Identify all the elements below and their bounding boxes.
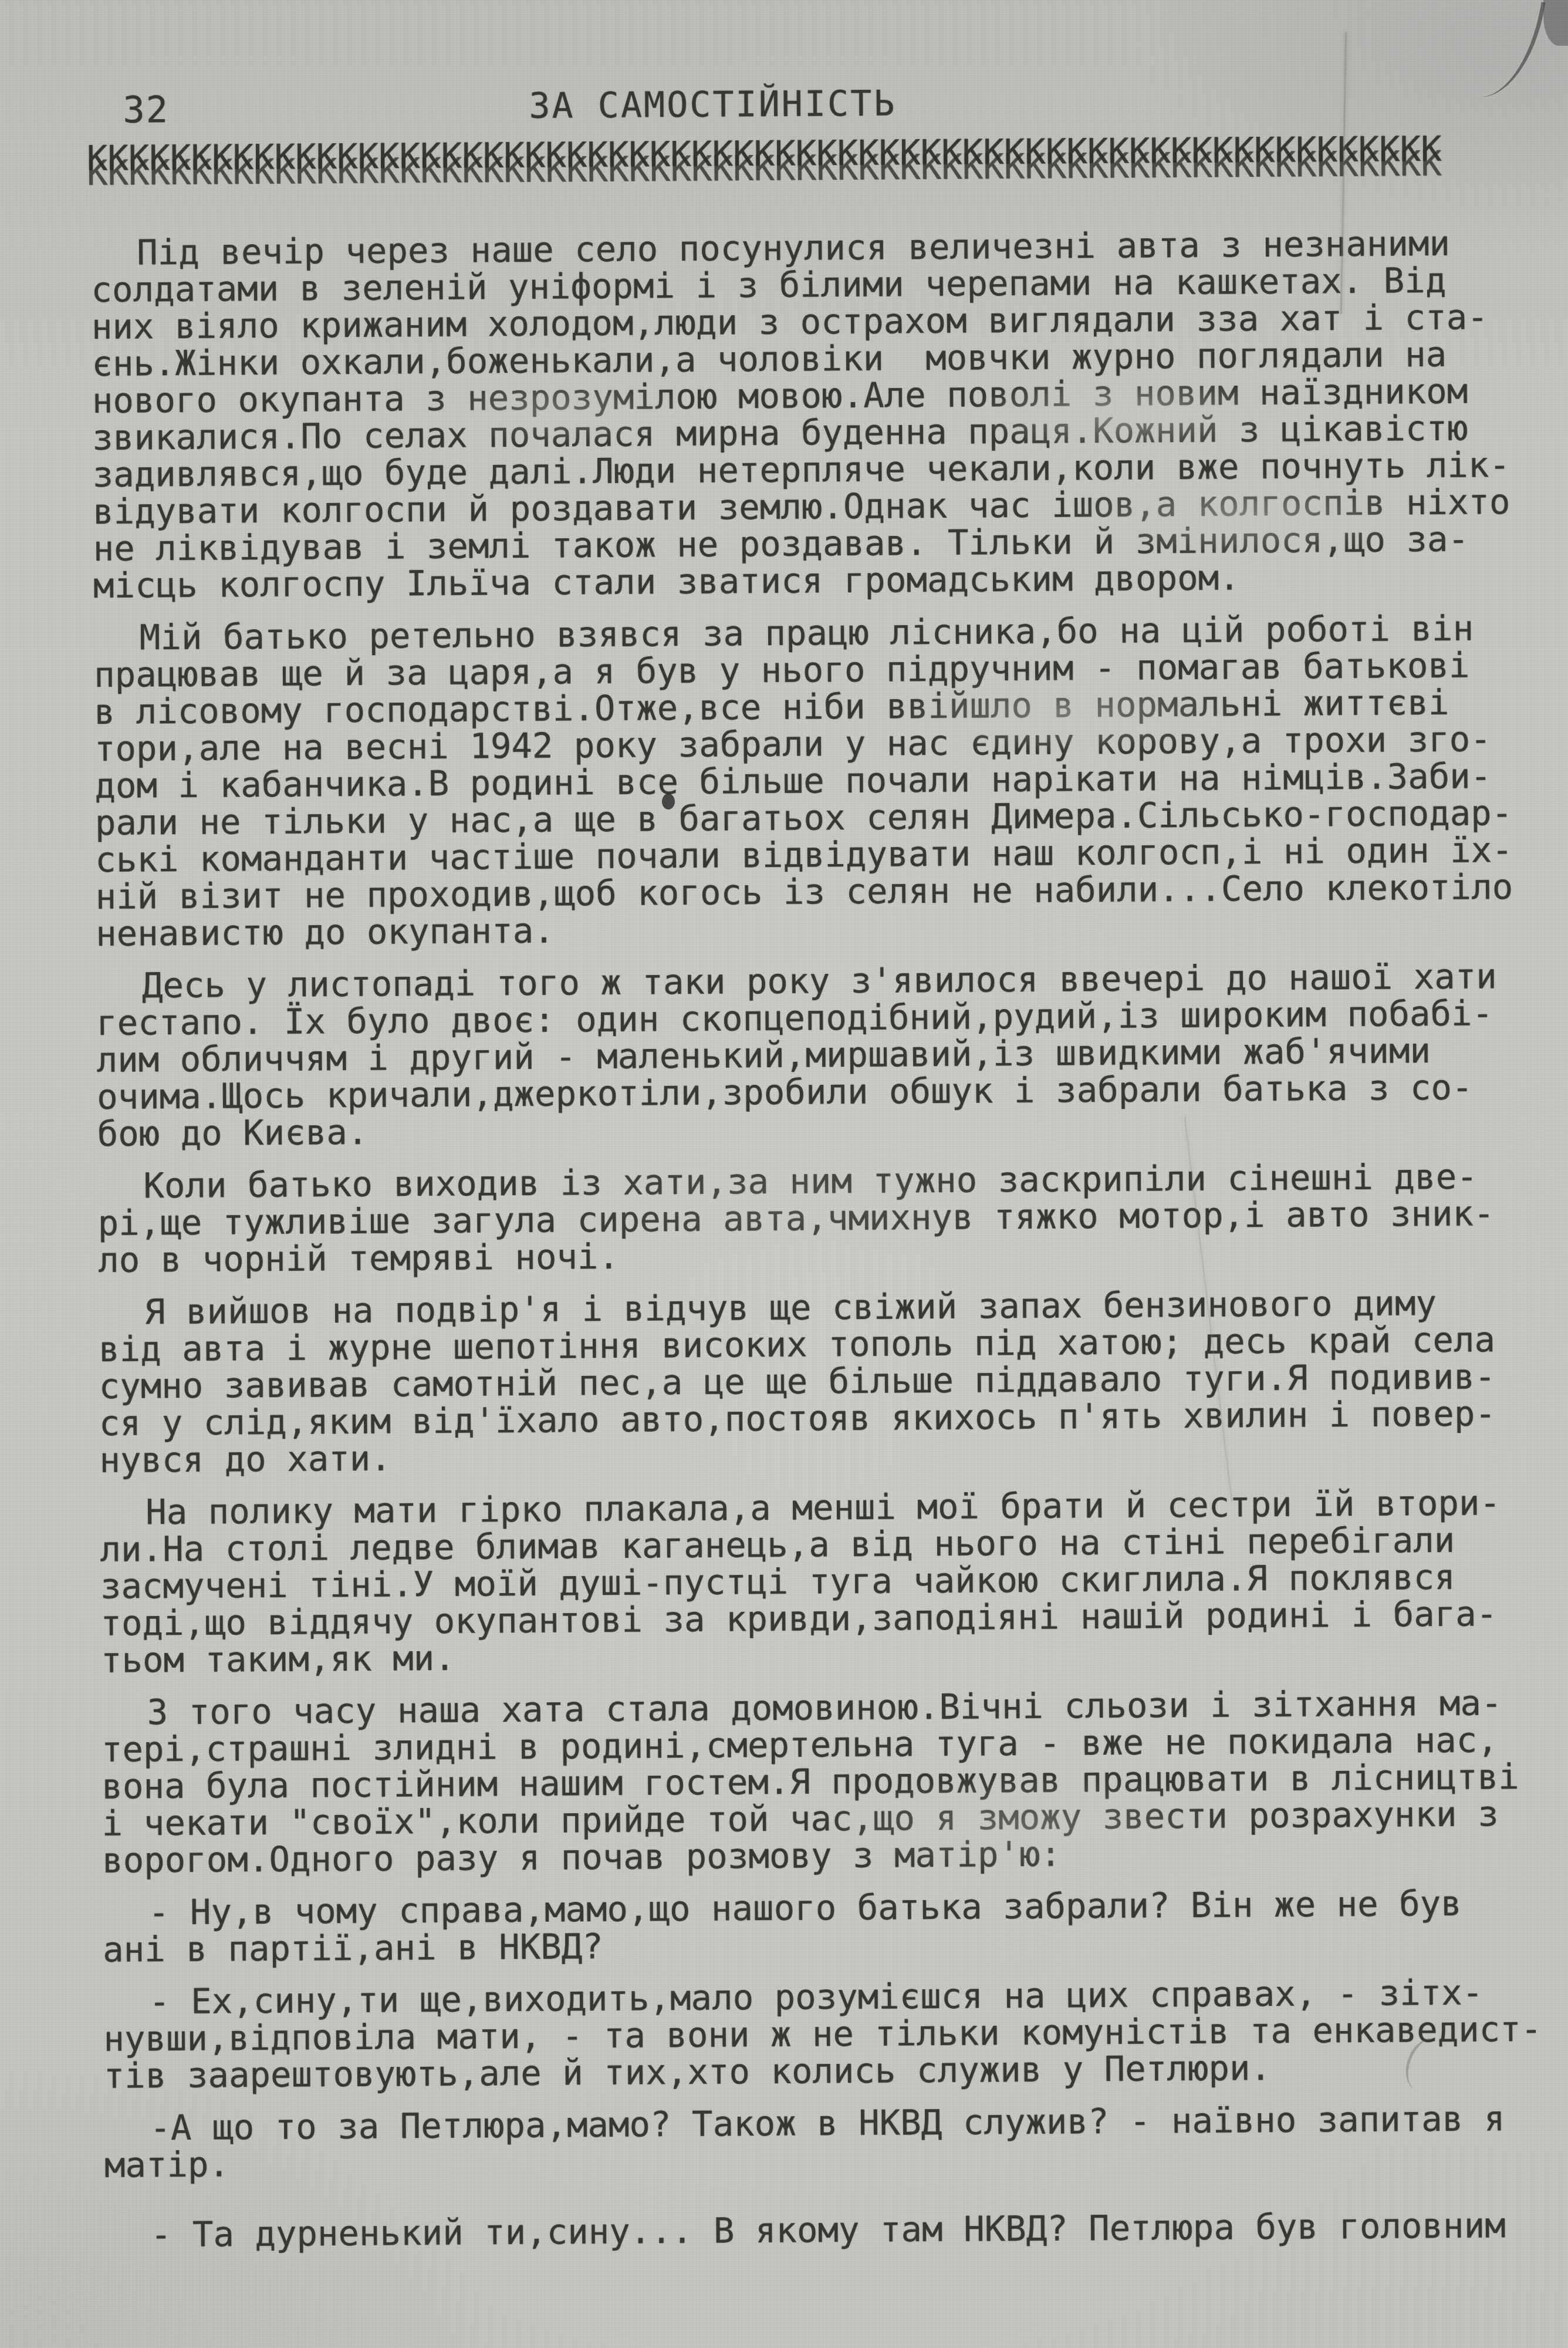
page-number: 32: [123, 88, 169, 131]
text-line: ворогом.Одного разу я почав розмову з ма…: [102, 1831, 1568, 1878]
text-line: тьом таким,як ми.: [101, 1631, 1568, 1678]
text-line: ній візит не проходив,щоб когось із селя…: [95, 868, 1562, 915]
scanned-page: 32 ЗА САМОСТІЙНІСТЬ КККККККККККККККККККК…: [0, 0, 1568, 2348]
text-line: ло в чорній темряві ночі.: [98, 1231, 1565, 1278]
page-title: ЗА САМОСТІЙНІСТЬ: [529, 83, 896, 126]
paragraph: На полику мати гірко плакала,а менші мої…: [100, 1483, 1568, 1678]
text-line: місць колгоспу Ільїча стали зватися гром…: [93, 556, 1560, 603]
text-body: Під вечір через наше село посунулися вел…: [91, 224, 1568, 2253]
typed-divider: КККККККККККККККККККККККККККККККККККККККК…: [87, 138, 87, 208]
text-line: -А що то за Петлюра,мамо? Також в НКВД с…: [104, 2099, 1568, 2146]
paragraph: - Ех,сину,ти ще,виходить,мало розумієшся…: [103, 1973, 1568, 2094]
paragraph: З того часу наша хата стала домовиною.Ві…: [101, 1684, 1568, 1878]
paragraph: - Та дурненький ти,сину... В якому там Н…: [104, 2206, 1568, 2253]
paragraph: Мій батько ретельно взявся за працю лісн…: [93, 609, 1563, 952]
paragraph: - Ну,в чому справа,мамо,що нашого батька…: [103, 1884, 1568, 1968]
text-line: тів заарештовують,але й тих,хто колись с…: [103, 2047, 1568, 2094]
text-line: - Ну,в чому справа,мамо,що нашого батька…: [103, 1884, 1568, 1931]
text-line: очима.Щось кричали,джеркотіли,зробили об…: [97, 1068, 1564, 1115]
text-line: тоді,що віддячу окупантові за кривди,зап…: [100, 1594, 1567, 1641]
text-line: ані в партії,ані в НКВД?: [103, 1921, 1568, 1968]
text-line: ненавистю до окупанта.: [96, 905, 1563, 952]
text-line: рі,ще тужливіше загула сирена авта,чмихн…: [97, 1194, 1564, 1241]
paragraph: -А що то за Петлюра,мамо? Також в НКВД с…: [104, 2099, 1568, 2183]
text-line: - Та дурненький ти,сину... В якому там Н…: [104, 2206, 1568, 2253]
paragraph: Коли батько виходив із хати,за ним тужно…: [97, 1157, 1565, 1278]
text-line: бою до Києва.: [97, 1105, 1564, 1152]
paragraph: Десь у листопаді того ж таки року з'явил…: [96, 957, 1564, 1152]
divider-row-bottom: КККККККККККККККККККККККККККККККККККККККК…: [87, 143, 1442, 193]
paragraph: Я вийшов на подвір'я і відчув ще свіжий …: [98, 1283, 1566, 1478]
text-line: нувся до хати.: [99, 1431, 1566, 1478]
text-line: ся у слід,яким від'їхало авто,постояв як…: [99, 1394, 1566, 1441]
paragraph: Під вечір через наше село посунулися вел…: [91, 224, 1560, 603]
